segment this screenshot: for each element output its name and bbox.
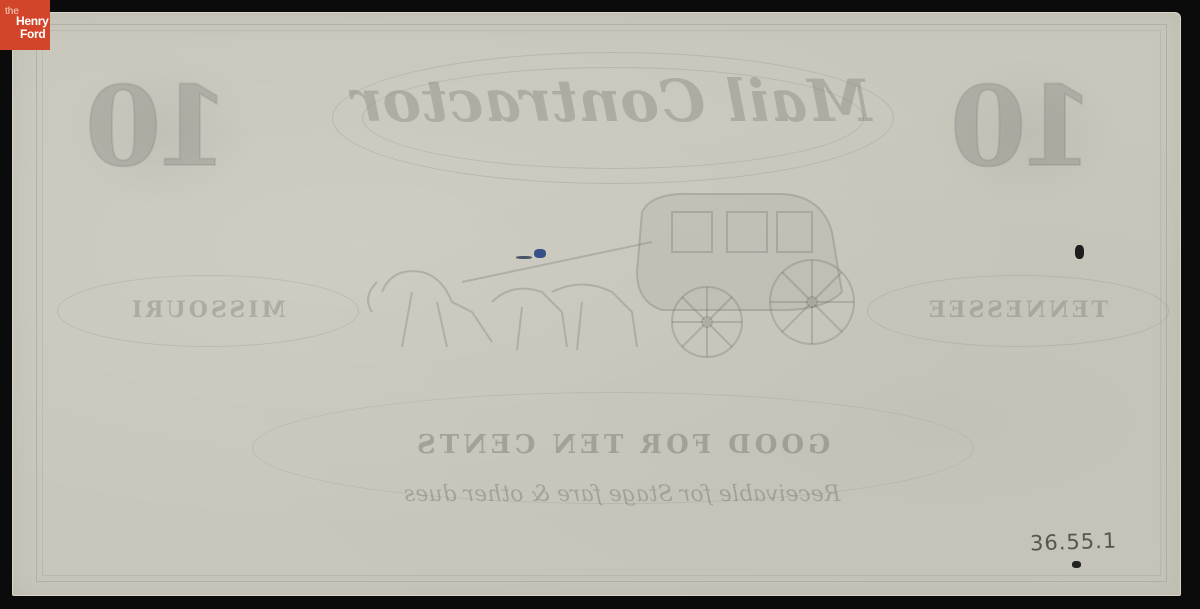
accession-number: 36.55.1 bbox=[1030, 528, 1118, 555]
note-title: Mail Contractor bbox=[342, 67, 882, 135]
right-denomination: 10 bbox=[932, 62, 1122, 191]
blue-ink-spot bbox=[534, 249, 546, 258]
dark-spot-bottom bbox=[1072, 561, 1081, 568]
scrip-note: 10 10 Mail Contractor MISSOURI TENNESSEE bbox=[12, 12, 1181, 596]
logo-henry: Henry bbox=[16, 15, 49, 27]
stagecoach-vignette bbox=[352, 182, 872, 372]
left-denomination: 10 bbox=[67, 62, 257, 191]
value-text: GOOD FOR TEN CENTS bbox=[332, 430, 912, 460]
logo-ford: Ford bbox=[20, 28, 45, 40]
dark-spot-right bbox=[1075, 245, 1084, 259]
right-side-label: TENNESSEE bbox=[877, 297, 1157, 323]
left-side-label: MISSOURI bbox=[67, 297, 347, 323]
receivable-text: Receivable for Stage fare & other dues bbox=[332, 482, 912, 507]
blue-ink-trail bbox=[516, 256, 532, 259]
henry-ford-logo: the Henry Ford bbox=[0, 0, 50, 50]
